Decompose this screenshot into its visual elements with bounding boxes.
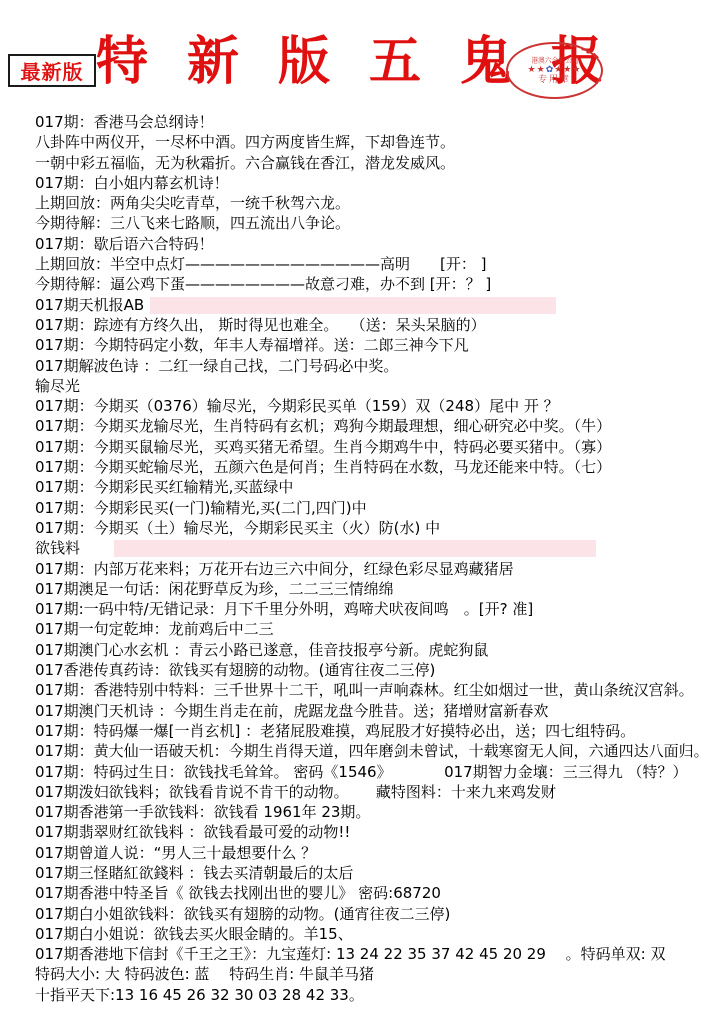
report-line: 017期：内部万花来料；万花开右边三六中间分，红绿色彩尽显鸡藏猪居: [35, 559, 710, 579]
report-line-text: 017期：今期买蛇输尽光，五颜六色是何肖；生肖特码在水数，马龙还能来中特。（七）: [35, 458, 611, 476]
seal-stars: ★★✿★★★: [528, 66, 582, 75]
report-line-text: 017期：踪迹有方终久出， 斯时得见也难全。 （送：呆头呆脑的）: [35, 316, 486, 334]
report-line: 017期：今期买龙输尽光，生肖特码有玄机；鸡狗今期最理想，细心研究必中奖。（牛）: [35, 416, 710, 436]
seal-center-flower-icon: ✿: [546, 65, 555, 75]
report-line-text: 特码大小: 大 特码波色: 蓝 特码生肖: 牛鼠羊马猪: [35, 965, 374, 983]
report-line-text: 上期回放：两角尖尖吃青草，一统千秋驾六龙。: [35, 194, 350, 212]
report-page: 最新版 特 新 版 五 鬼 报 港澳六合彩公司 ★★✿★★★ 专用章 017期：…: [0, 0, 710, 1014]
report-line-text: 一朝中彩五福临，无为秋霜折。六合赢钱在香江，潜龙发威风。: [35, 154, 455, 172]
report-line-text: 017期翡翠财红欲钱料 ：欲钱看最可爱的动物!!: [35, 823, 350, 841]
report-line: 017期香港第一手欲钱料：欲钱看 1961年 23期。: [35, 802, 710, 822]
report-line-text: 017期：特码过生日：欲钱找毛耸耸。 密码《1546》 017期智力金壤：三三得…: [35, 763, 687, 781]
company-seal-stamp: 港澳六合彩公司 ★★✿★★★ 专用章: [506, 42, 603, 99]
report-line: 017期曾道人说：“男人三十最想要什么 ？: [35, 843, 710, 863]
report-line-text: 017期解波色诗 ：二红一绿自己找，二门号码必中奖。: [35, 357, 398, 375]
report-line-text: 017期：今期彩民买红输精光,买蓝绿中: [35, 478, 293, 496]
report-line-text: 十指平天下:13 16 45 26 32 30 03 28 42 33。: [35, 986, 364, 1004]
report-line: 一朝中彩五福临，无为秋霜折。六合赢钱在香江，潜龙发威风。: [35, 153, 710, 173]
report-line-text: 017期：特码爆一爆[一肖玄机] ：老猪屁股难摸，鸡屁股才好摸特必出，送；四七组…: [35, 722, 635, 740]
report-line-text: 017期：今期买龙输尽光，生肖特码有玄机；鸡狗今期最理想，细心研究必中奖。（牛）: [35, 417, 611, 435]
report-line-text: 输尽光: [35, 377, 80, 395]
report-line: 017期一句定乾坤：龙前鸡后中二三: [35, 619, 710, 639]
report-line: 上期回放：半空中点灯—————————————高明 [开： ]: [35, 254, 710, 274]
report-line: 017期天机报AB: [35, 295, 710, 315]
report-line: 017期：香港特别中特料：三千世界十二干，吼叫一声响森林。红尘如烟过一世，黄山条…: [35, 680, 710, 700]
report-line: 017期：黄大仙一语破天机：今期生肖得天道，四年磨剑未曾试，十载寒窗无人间，六通…: [35, 741, 710, 761]
report-line: 017期：特码爆一爆[一肖玄机] ：老猪屁股难摸，鸡屁股才好摸特必出，送；四七组…: [35, 721, 710, 741]
report-line-text: 017期：内部万花来料；万花开右边三六中间分，红绿色彩尽显鸡藏猪居: [35, 560, 514, 578]
report-line: 017期:一码中特/无错记录：月下千里分外明，鸡啼犬吠夜间鸣 。[开? 准]: [35, 599, 710, 619]
report-line: 017香港传真药诗：欲钱买有翅膀的动物。(通宵往夜二三停): [35, 660, 710, 680]
report-line: 上期回放：两角尖尖吃青草，一统千秋驾六龙。: [35, 193, 710, 213]
report-line: 017期香港地下信封《千王之王》：九宝莲灯: 13 24 22 35 37 42…: [35, 944, 710, 964]
report-line-text: 017期：歇后语六合特码！: [35, 235, 214, 253]
report-line: 017期解波色诗 ：二红一绿自己找，二门号码必中奖。: [35, 356, 710, 376]
report-line-text: 017期：今期彩民买(一门)输精光,买(二门,四门)中: [35, 499, 367, 517]
report-line-text: 017期白小姐欲钱料：欲钱买有翅膀的动物。(通宵往夜二三停): [35, 905, 450, 923]
report-line: 今期待解：三八飞来七路顺，四五流出八争论。: [35, 213, 710, 233]
report-line: 017期白小姐欲钱料：欲钱买有翅膀的动物。(通宵往夜二三停): [35, 904, 710, 924]
report-line-text: 017期白小姐说：欲钱去买火眼金睛的。羊15、: [35, 925, 353, 943]
seal-arc-text: 港澳六合彩公司: [531, 57, 579, 64]
report-body: 017期：香港马会总纲诗！八卦阵中两仪开，一尽杯中酒。四方两度皆生辉，下却鲁连节…: [35, 112, 710, 1005]
report-line: 017期：今期特码定小数，年丰人寿福增祥。送：二郎三神今下凡: [35, 335, 710, 355]
report-line-text: 017香港传真药诗：欲钱买有翅膀的动物。(通宵往夜二三停): [35, 661, 435, 679]
report-line-text: 八卦阵中两仪开，一尽杯中酒。四方两度皆生辉，下却鲁连节。: [35, 133, 455, 151]
report-line-text: 017期：黄大仙一语破天机：今期生肖得天道，四年磨剑未曾试，十载寒窗无人间，六通…: [35, 742, 709, 760]
report-line: 017期：白小姐内幕玄机诗！: [35, 173, 710, 193]
report-line: 017期：今期彩民买红输精光,买蓝绿中: [35, 477, 710, 497]
report-line-text: 017期泼妇欲钱料；欲钱看肯说不肯干的动物。 藏特图料：十来九来鸡发财: [35, 783, 556, 801]
report-line-text: 017期：今期买（土）输尽光，今期彩民买主（火）防(水) 中: [35, 519, 440, 537]
report-line-text: 017期三怪賭紅欲錢料 ：钱去买清朝最后的太后: [35, 864, 353, 882]
report-line: 今期待解：逼公鸡下蛋————————故意刁难，办不到 [开：？ ]: [35, 274, 710, 294]
report-line-text: 017期：白小姐内幕玄机诗！: [35, 174, 229, 192]
report-line: 017期澳足一句话：闲花野草反为珍，二二三三情绵绵: [35, 579, 710, 599]
report-line: 017期：今期买鼠输尽光，买鸡买猪无希望。生肖今期鸡牛中，特码必要买猪中。（寡）: [35, 437, 710, 457]
report-line: 017期：歇后语六合特码！: [35, 234, 710, 254]
pink-highlight-bar: [114, 540, 596, 557]
edition-badge: 最新版: [8, 54, 96, 87]
report-line-text: 今期待解：逼公鸡下蛋————————故意刁难，办不到 [开：？ ]: [35, 275, 491, 293]
report-line-text: 017期香港地下信封《千王之王》：九宝莲灯: 13 24 22 35 37 42…: [35, 945, 665, 963]
report-line-text: 017期澳足一句话：闲花野草反为珍，二二三三情绵绵: [35, 580, 394, 598]
report-line: 017期三怪賭紅欲錢料 ：钱去买清朝最后的太后: [35, 863, 710, 883]
report-line-text: 017期香港中特圣旨《 欲钱去找刚出世的婴儿》 密码:68720: [35, 884, 441, 902]
report-line-text: 017期天机报AB: [35, 296, 144, 314]
report-line-text: 欲钱料: [35, 539, 80, 557]
report-line: 欲钱料: [35, 538, 710, 558]
report-line-text: 017期曾道人说：“男人三十最想要什么 ？: [35, 844, 316, 862]
report-line: 017期翡翠财红欲钱料 ：欲钱看最可爱的动物!!: [35, 822, 710, 842]
report-line: 017期白小姐说：欲钱去买火眼金睛的。羊15、: [35, 924, 710, 944]
report-line-text: 上期回放：半空中点灯—————————————高明 [开： ]: [35, 255, 486, 273]
report-line: 017期泼妇欲钱料；欲钱看肯说不肯干的动物。 藏特图料：十来九来鸡发财: [35, 782, 710, 802]
report-line-text: 017期香港第一手欲钱料：欲钱看 1961年 23期。: [35, 803, 370, 821]
report-line: 017期：今期买（土）输尽光，今期彩民买主（火）防(水) 中: [35, 518, 710, 538]
report-line-text: 017期：今期买（0376）输尽光，今期彩民买单（159）双（248）尾中 开 …: [35, 397, 559, 415]
report-line: 017期澳门天机诗 ：今期生肖走在前，虎踞龙盘今胜昔。送；猪增财富新春欢: [35, 701, 710, 721]
report-line: 017期：今期买蛇输尽光，五颜六色是何肖；生肖特码在水数，马龙还能来中特。（七）: [35, 457, 710, 477]
seal-stars-right: ★★★: [554, 65, 581, 75]
pink-highlight-bar: [150, 297, 556, 314]
report-line-text: 017期：香港马会总纲诗！: [35, 113, 214, 131]
report-line: 017期：踪迹有方终久出， 斯时得见也难全。 （送：呆头呆脑的）: [35, 315, 710, 335]
seal-bottom-text: 专用章: [538, 76, 571, 85]
report-line-text: 017期澳门天机诗 ：今期生肖走在前，虎踞龙盘今胜昔。送；猪增财富新春欢: [35, 702, 548, 720]
report-line-text: 017期:一码中特/无错记录：月下千里分外明，鸡啼犬吠夜间鸣 。[开? 准]: [35, 600, 533, 618]
report-line: 017期澳门心水玄机 ：青云小路已遂意，佳音技报亭兮新。虎蛇狗鼠: [35, 640, 710, 660]
report-line: 八卦阵中两仪开，一尽杯中酒。四方两度皆生辉，下却鲁连节。: [35, 132, 710, 152]
report-line-text: 017期澳门心水玄机 ：青云小路已遂意，佳音技报亭兮新。虎蛇狗鼠: [35, 641, 488, 659]
report-line: 017期：今期买（0376）输尽光，今期彩民买单（159）双（248）尾中 开 …: [35, 396, 710, 416]
report-line-text: 017期：香港特别中特料：三千世界十二干，吼叫一声响森林。红尘如烟过一世，黄山条…: [35, 681, 694, 699]
report-line: 特码大小: 大 特码波色: 蓝 特码生肖: 牛鼠羊马猪: [35, 964, 710, 984]
edition-label: 最新版: [21, 56, 84, 85]
report-line: 017期：香港马会总纲诗！: [35, 112, 710, 132]
report-line: 017期：特码过生日：欲钱找毛耸耸。 密码《1546》 017期智力金壤：三三得…: [35, 762, 710, 782]
report-line: 017期香港中特圣旨《 欲钱去找刚出世的婴儿》 密码:68720: [35, 883, 710, 903]
report-line: 输尽光: [35, 376, 710, 396]
report-line-text: 017期一句定乾坤：龙前鸡后中二三: [35, 620, 274, 638]
report-line-text: 017期：今期买鼠输尽光，买鸡买猪无希望。生肖今期鸡牛中，特码必要买猪中。（寡）: [35, 438, 611, 456]
report-line: 十指平天下:13 16 45 26 32 30 03 28 42 33。: [35, 985, 710, 1005]
report-line-text: 017期：今期特码定小数，年丰人寿福增祥。送：二郎三神今下凡: [35, 336, 469, 354]
report-line: 017期：今期彩民买(一门)输精光,买(二门,四门)中: [35, 498, 710, 518]
report-line-text: 今期待解：三八飞来七路顺，四五流出八争论。: [35, 214, 350, 232]
seal-stars-left: ★★: [528, 65, 546, 75]
